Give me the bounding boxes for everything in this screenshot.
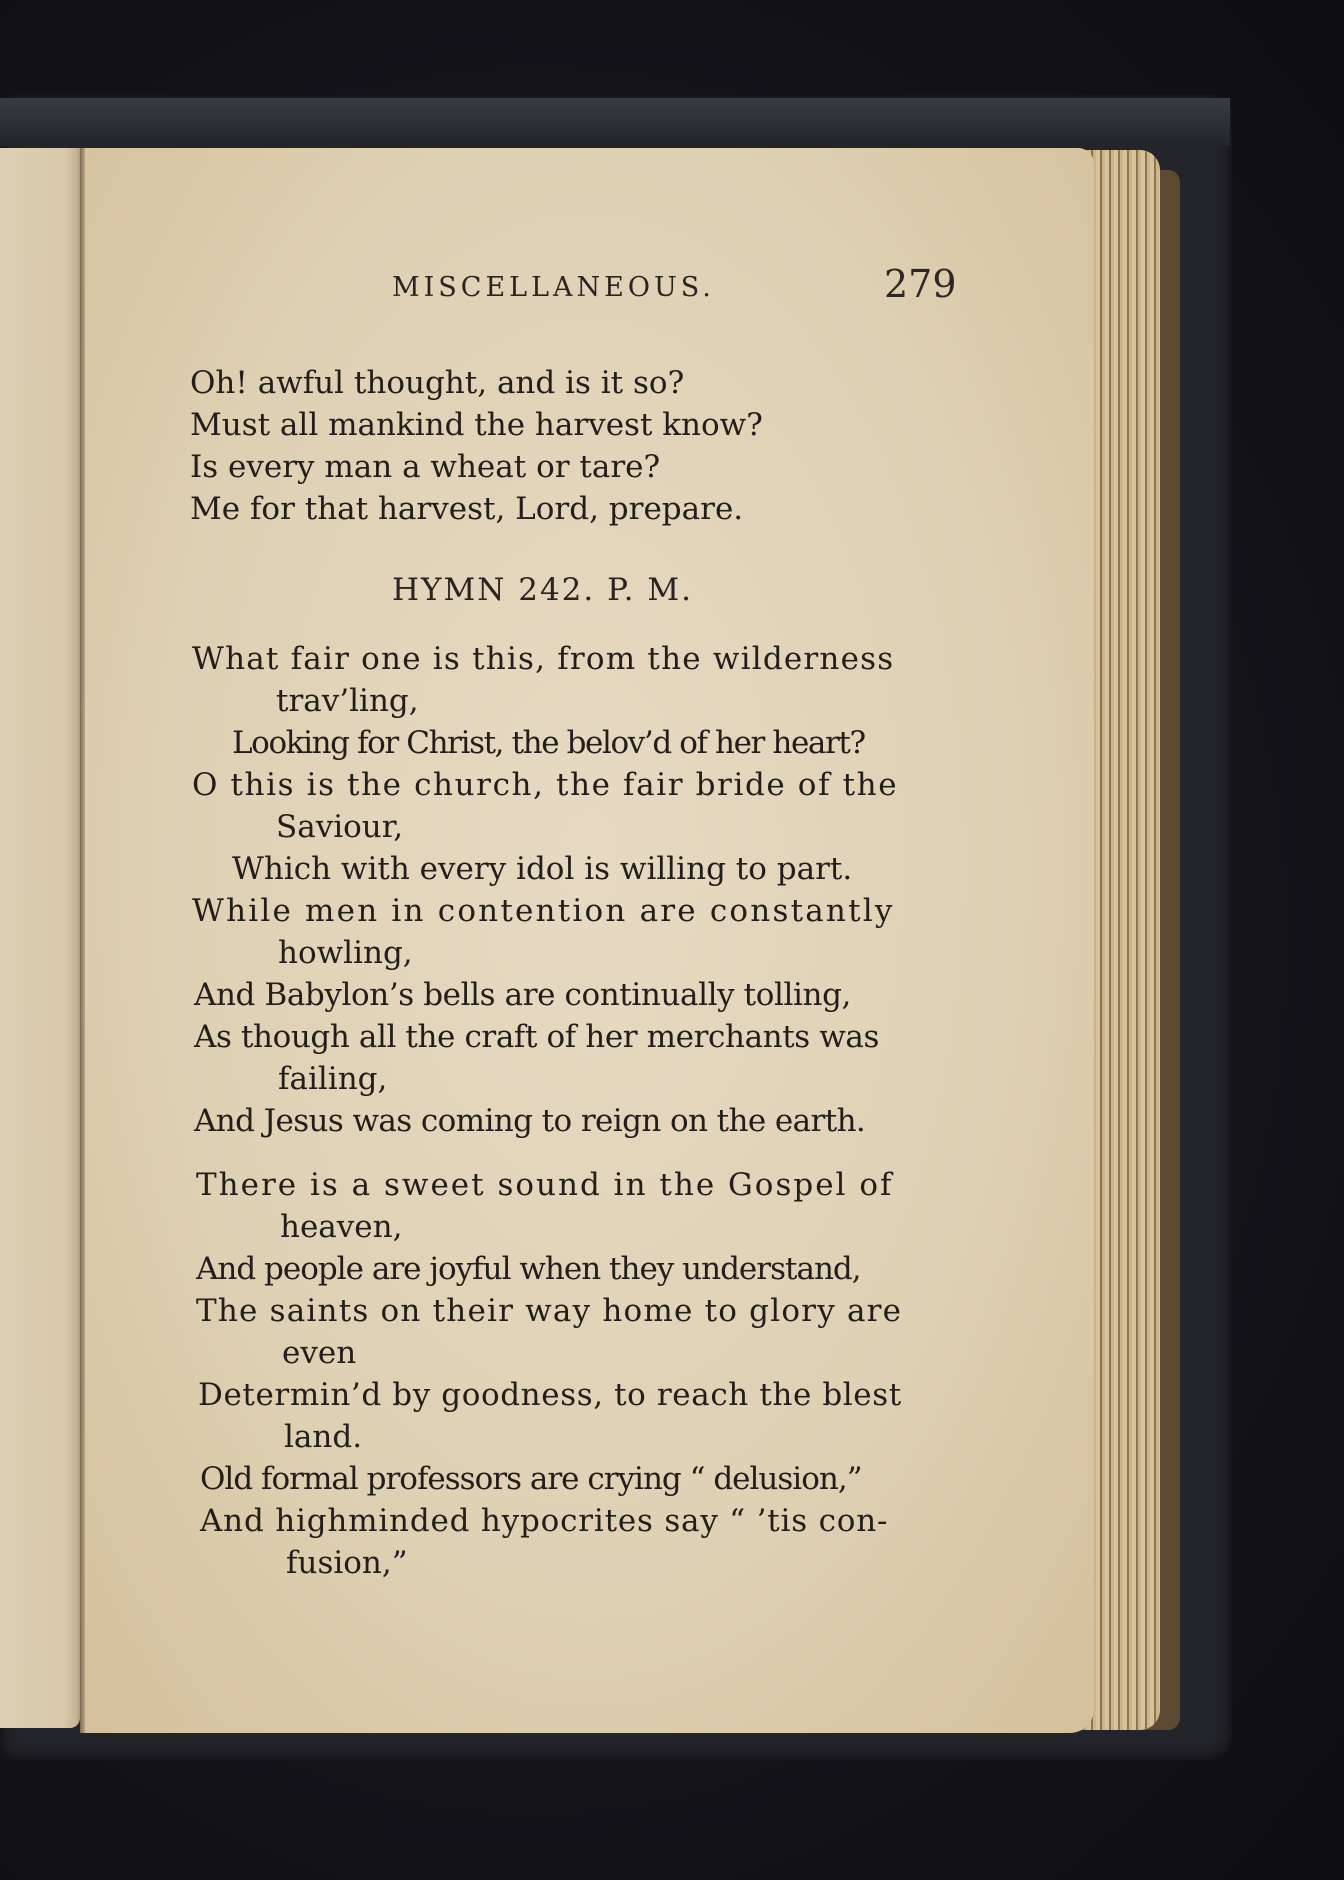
- verse-line-continuation: trav’ling,: [276, 680, 419, 722]
- verse-line: Determin’d by goodness, to reach the ble…: [198, 1374, 902, 1416]
- verse-line: There is a sweet sound in the Gospel of: [196, 1164, 893, 1206]
- page-number: 279: [884, 262, 957, 306]
- verse-line-continuation: heaven,: [280, 1206, 402, 1248]
- verse-line: Must all mankind the harvest know?: [190, 404, 763, 446]
- running-head: MISCELLANEOUS.: [392, 272, 715, 303]
- book-gutter: [80, 148, 85, 1733]
- verse-line: The saints on their way home to glory ar…: [196, 1290, 902, 1332]
- book-cover-top-edge: [0, 98, 1230, 146]
- verse-line: While men in contention are constantly: [192, 890, 895, 932]
- verse-line: And Jesus was coming to reign on the ear…: [194, 1100, 865, 1142]
- verse-line: Looking for Christ, the belov’d of her h…: [232, 722, 865, 764]
- left-page: [0, 148, 80, 1728]
- verse-line: What fair one is this, from the wilderne…: [192, 638, 894, 680]
- verse-line: And highminded hypocrites say “ ’tis con…: [200, 1500, 888, 1542]
- verse-line: And people are joyful when they understa…: [196, 1248, 861, 1290]
- verse-line: Oh! awful thought, and is it so?: [190, 362, 684, 404]
- verse-line-continuation: Saviour,: [276, 806, 403, 848]
- hymn-title: HYMN 242. P. M.: [392, 572, 693, 608]
- verse-line: O this is the church, the fair bride of …: [192, 764, 898, 806]
- verse-line: Old formal professors are crying “ delus…: [200, 1458, 862, 1500]
- verse-line-continuation: howling,: [278, 932, 413, 974]
- verse-line-continuation: land.: [284, 1416, 362, 1458]
- verse-line: Which with every idol is willing to part…: [232, 848, 852, 890]
- verse-line-continuation: failing,: [278, 1058, 387, 1100]
- verse-line-continuation: even: [282, 1332, 356, 1374]
- verse-line: Me for that harvest, Lord, prepare.: [190, 488, 743, 530]
- verse-line-continuation: fusion,”: [286, 1542, 408, 1584]
- verse-line: As though all the craft of her merchants…: [194, 1016, 879, 1058]
- verse-line: And Babylon’s bells are continually toll…: [194, 974, 851, 1016]
- verse-line: Is every man a wheat or tare?: [190, 446, 660, 488]
